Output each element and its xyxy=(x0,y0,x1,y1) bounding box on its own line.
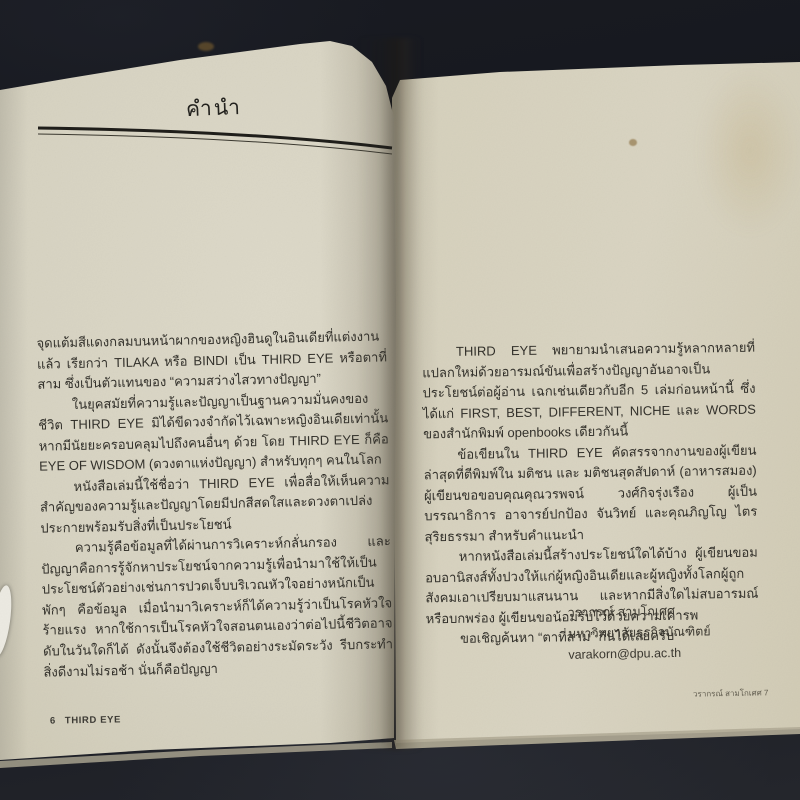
paragraph: ข้อเขียนใน THIRD EYE คัดสรรจากงานของผู้เ… xyxy=(423,440,757,547)
page-number: 6 xyxy=(50,716,56,727)
left-page-footer: 6THIRD EYE xyxy=(50,714,121,726)
left-page-body: จุดแต้มสีแดงกลมบนหน้าผากของหญิงฮินดูในอิ… xyxy=(36,326,393,682)
paragraph: ความรู้คือข้อมูลที่ได้ผ่านการวิเคราะห์กล… xyxy=(41,532,394,683)
paragraph: THIRD EYE พยายามนำเสนอความรู้หลากหลายที่… xyxy=(422,338,756,445)
paragraph: หนังสือเล่มนี้ใช้ชื่อว่า THIRD EYE เพื่อ… xyxy=(39,470,390,539)
paragraph: ในยุคสมัยที่ความรู้และปัญญาเป็นฐานความมั… xyxy=(38,388,390,477)
paragraph: จุดแต้มสีแดงกลมบนหน้าผากของหญิงฮินดูในอิ… xyxy=(36,326,387,395)
author-signature: วรากรณ์ สามโกเศศ มหาวิทยาลัยธุรกิจบัณฑิต… xyxy=(567,599,778,666)
author-email: varakorn@dpu.ac.th xyxy=(568,641,778,666)
heading-rule xyxy=(0,0,400,200)
book-photo: คำนำ จุดแต้มสีแดงกลมบนหน้าผากของหญิงฮินด… xyxy=(0,0,800,800)
right-page-footer: วรากรณ์ สามโกเศศ 7 xyxy=(693,686,769,700)
book-title-footer: THIRD EYE xyxy=(65,714,121,726)
